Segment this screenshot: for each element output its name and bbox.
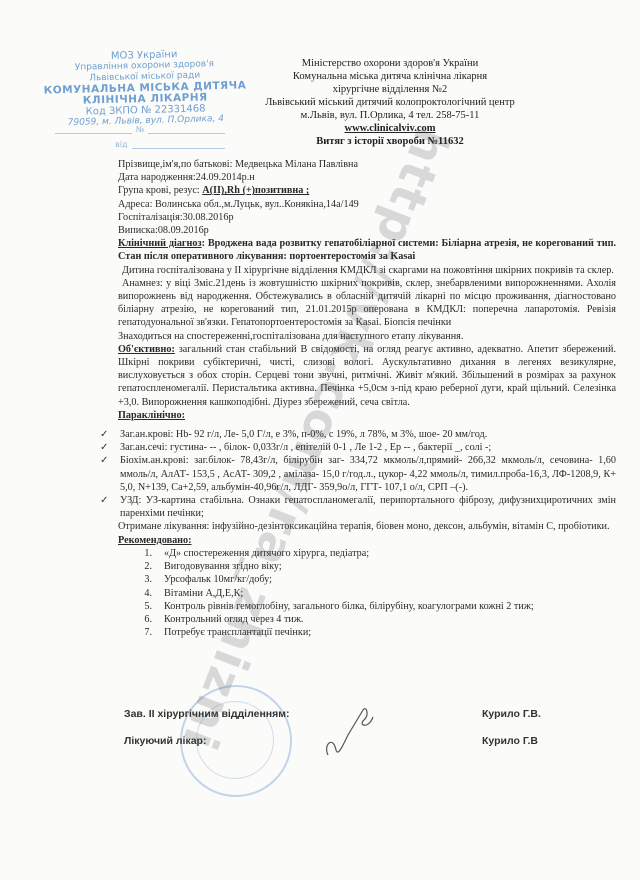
signature-icon xyxy=(318,695,388,765)
recommendations-heading: Рекомендовано: xyxy=(118,534,616,547)
doctor-signature-row: Лікуючий лікар: Курило Г.В xyxy=(124,735,624,747)
list-item: ✓УЗД: УЗ-картина стабільна. Ознаки гепат… xyxy=(100,494,616,520)
recommendations-list: 1.«Д» спостереження дитячого хірурга, пе… xyxy=(118,547,616,639)
discharge-date: 08.09.2016р xyxy=(158,225,209,236)
stamp-field-date: від xyxy=(115,140,127,149)
head-label: Зав. II хірургічним відділенням: xyxy=(124,708,290,720)
field-label: Прізвище,ім'я,по батькові: xyxy=(118,159,235,170)
admission-date: 30.08.2016р xyxy=(183,212,234,223)
list-item: ✓Заг.ан.сечі: густина- -- , білок- 0,033… xyxy=(100,441,616,454)
doctor-label: Лікуючий лікар: xyxy=(124,735,206,747)
patient-blood-type: A(II),Rh (+)позитивна ; xyxy=(202,185,309,196)
website-link[interactable]: www.clinicalviv.com xyxy=(240,122,540,135)
diagnosis-label: Клінічний діагноз xyxy=(118,238,202,249)
checkmark-icon: ✓ xyxy=(100,454,108,467)
list-item: 2.Вигодовування згідно віку; xyxy=(140,560,616,573)
department-name: хірургічне відділення №2 xyxy=(240,83,540,96)
lab-result: Заг.ан.сечі: густина- -- , білок- 0,033г… xyxy=(120,442,491,453)
list-item: ✓Біохім.ан.крові: заг.білок- 78,43г/л, б… xyxy=(100,454,616,494)
doctor-name: Курило Г.В xyxy=(482,735,538,747)
hospital-address: м.Львів, вул. П.Орлика, 4 тел. 258-75-11 xyxy=(240,109,540,122)
list-item: 7.Потребує трансплантації печінки; xyxy=(140,626,616,639)
lab-result: Заг.ан.крові: Hb- 92 г/л, Ле- 5,0 Г/л, е… xyxy=(120,429,487,440)
document-title: Витяг з історії хвороби №11632 xyxy=(240,135,540,148)
observation-note: Знаходиться на спостереженні,госпіталізо… xyxy=(118,330,616,343)
field-label: Виписка: xyxy=(118,225,158,236)
objective-label: Об'єктивно: xyxy=(118,344,175,355)
field-label: Адреса: xyxy=(118,199,155,210)
patient-dob: 24.09.2014р.н xyxy=(196,172,255,183)
paraclinical-list: ✓Заг.ан.крові: Hb- 92 г/л, Ле- 5,0 Г/л, … xyxy=(100,428,616,520)
objective-exam: Об'єктивно: загальний стан стабільний В … xyxy=(118,343,616,409)
list-item: 3.Урсофальк 10мг/кг/добу; xyxy=(140,573,616,586)
stamp-fields: № від xyxy=(55,125,225,155)
lab-result: Біохім.ан.крові: заг.білок- 78,43г/л, бі… xyxy=(120,455,616,492)
list-item: 5.Контроль рівнів гемоглобіну, загальног… xyxy=(140,600,616,613)
head-name: Курило Г.В. xyxy=(482,708,541,720)
patient-name: Медвецька Мілана Павлівна xyxy=(235,159,358,170)
checkmark-icon: ✓ xyxy=(100,441,108,454)
objective-text: загальний стан стабільний В свідомості, … xyxy=(118,344,616,408)
field-label: Госпіталізація: xyxy=(118,212,183,223)
stamp-field-no: № xyxy=(136,125,144,134)
ministry-name: Міністерство охорони здоров'я України xyxy=(240,57,540,70)
anamnesis-text: Анамнез: у віці 3міс.21день із жовтушніс… xyxy=(118,277,616,330)
document-page: МОЗ України Управління охорони здоров'я … xyxy=(0,0,640,880)
treatment-text: Отримане лікування: інфузійно-дезінтокси… xyxy=(118,520,616,533)
field-label: Група крові, резус: xyxy=(118,185,202,196)
center-name: Львівський міський дитячий колопроктолог… xyxy=(240,96,540,109)
list-item: ✓Заг.ан.крові: Hb- 92 г/л, Ле- 5,0 Г/л, … xyxy=(100,428,616,441)
field-label: Дата народження: xyxy=(118,172,196,183)
lab-result: УЗД: УЗ-картина стабільна. Ознаки гепато… xyxy=(120,495,616,519)
head-signature-row: Зав. II хірургічним відділенням: Курило … xyxy=(124,708,624,720)
document-body: Прізвище,ім'я,по батькові: Медвецька Міл… xyxy=(118,158,616,639)
clinical-diagnosis: Клінічний діагноз: Вроджена вада розвитк… xyxy=(118,237,616,263)
hospital-name: Комунальна міська дитяча клінічна лікарн… xyxy=(240,70,540,83)
list-item: 6.Контрольний огляд через 4 тиж. xyxy=(140,613,616,626)
checkmark-icon: ✓ xyxy=(100,494,108,507)
paraclinical-heading: Параклінічно: xyxy=(118,409,616,422)
complaint-text: Дитина госпіталізована у II хірургічне в… xyxy=(118,264,616,277)
patient-address: Волинська обл.,м.Луцьк, вул..Конякіна,14… xyxy=(155,199,359,210)
checkmark-icon: ✓ xyxy=(100,428,108,441)
institution-stamp: МОЗ України Управління охорони здоров'я … xyxy=(39,47,251,129)
list-item: 4.Вітаміни А,Д,Е,К; xyxy=(140,587,616,600)
list-item: 1.«Д» спостереження дитячого хірурга, пе… xyxy=(140,547,616,560)
patient-info: Прізвище,ім'я,по батькові: Медвецька Міл… xyxy=(118,158,616,237)
document-header: Міністерство охорони здоров'я України Ко… xyxy=(240,57,540,148)
